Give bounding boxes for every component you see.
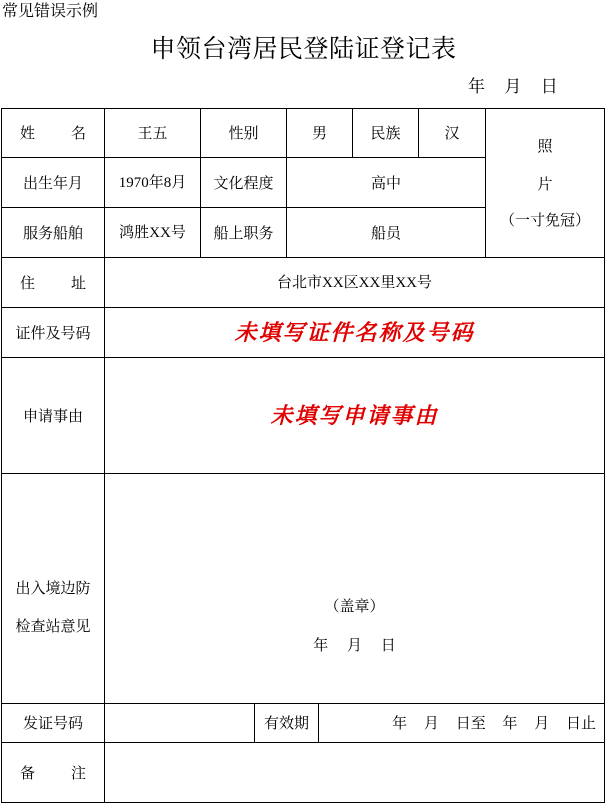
address-label-2: 址	[71, 274, 86, 292]
id-doc-error[interactable]: 未填写证件名称及号码	[104, 307, 605, 358]
ethnicity-label: 民族	[352, 108, 419, 158]
validity-label: 有效期	[254, 703, 319, 743]
remarks-value[interactable]	[104, 742, 605, 803]
reason-label: 申请事由	[1, 357, 105, 474]
border-check-label-1: 出入境边防	[15, 579, 90, 597]
border-check-label: 出入境边防 检查站意见	[1, 473, 105, 704]
birth-value[interactable]: 1970年8月	[104, 157, 201, 208]
gender-label: 性别	[200, 108, 287, 158]
ethnicity-value[interactable]: 汉	[418, 108, 486, 158]
error-example-note: 常见错误示例	[2, 0, 98, 22]
address-label: 住 址	[1, 257, 105, 308]
remarks-label: 备 注	[1, 742, 105, 803]
border-check-date: 年 月 日	[105, 636, 604, 654]
form-title: 申领台湾居民登陆证登记表	[0, 32, 607, 66]
education-label: 文化程度	[200, 157, 287, 208]
name-label: 姓 名	[1, 108, 105, 158]
ship-label: 服务船舶	[1, 207, 105, 258]
education-value[interactable]: 高中	[286, 157, 486, 208]
remarks-label-1: 备	[20, 764, 35, 782]
photo-size-note: （一寸免冠）	[500, 211, 590, 229]
reason-error[interactable]: 未填写申请事由	[104, 357, 605, 474]
border-check-opinion[interactable]: （盖章） 年 月 日	[104, 473, 605, 704]
permit-no-value[interactable]	[104, 703, 255, 743]
photo-label-1: 照	[537, 137, 552, 155]
address-label-1: 住	[20, 274, 35, 292]
photo-label-2: 片	[537, 175, 552, 193]
permit-no-label: 发证号码	[1, 703, 105, 743]
name-value[interactable]: 王五	[104, 108, 201, 158]
stamp-label: （盖章）	[105, 597, 604, 615]
photo-box[interactable]: 照 片 （一寸免冠）	[485, 108, 605, 258]
name-label-2: 名	[71, 124, 86, 142]
remarks-label-2: 注	[71, 764, 86, 782]
validity-value[interactable]: 年 月 日至 年 月 日止	[318, 703, 605, 743]
form-date: 年 月 日	[468, 76, 558, 98]
birth-label: 出生年月	[1, 157, 105, 208]
position-value[interactable]: 船员	[286, 207, 486, 258]
id-doc-label: 证件及号码	[1, 307, 105, 358]
name-label-1: 姓	[20, 124, 35, 142]
gender-value[interactable]: 男	[286, 108, 353, 158]
ship-value[interactable]: 鸿胜XX号	[104, 207, 201, 258]
position-label: 船上职务	[200, 207, 287, 258]
border-check-label-2: 检查站意见	[15, 617, 90, 635]
address-value[interactable]: 台北市XX区XX里XX号	[104, 257, 605, 308]
